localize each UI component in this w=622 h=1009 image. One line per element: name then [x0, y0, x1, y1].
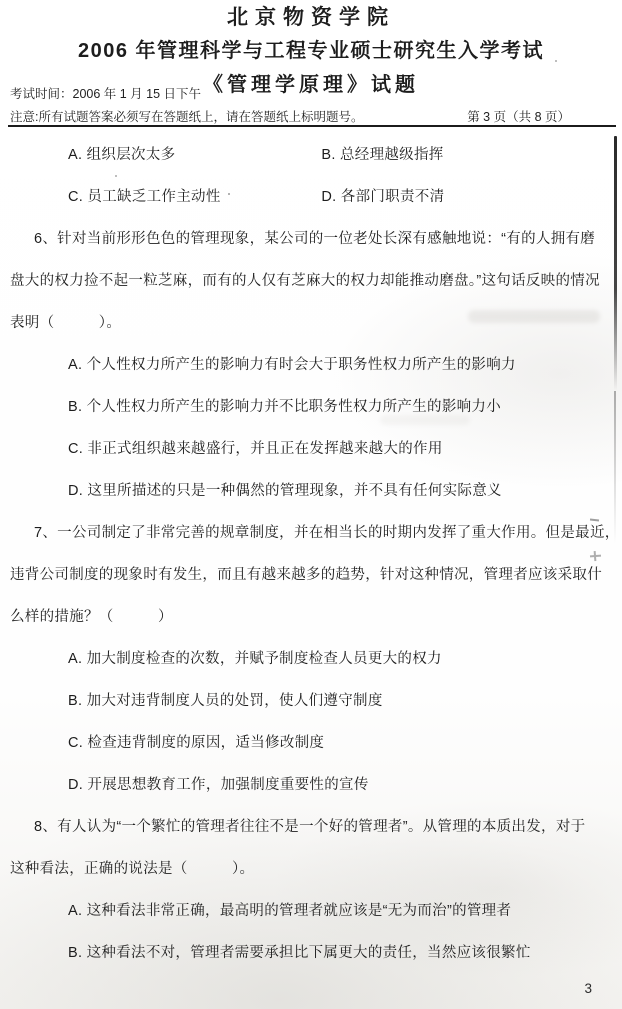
exam-time: 考试时间：2006 年 1 月 15 日下午 — [10, 84, 610, 102]
q5-options-row-cd: C. 员工缺乏工作主动性 D. 各部门职责不清 — [10, 185, 616, 227]
scan-edge-artifact — [614, 136, 617, 391]
q7-option-a: A. 加大制度检查的次数，并赋予制度检查人员更大的权力 — [10, 647, 616, 689]
q5-option-c: C. 员工缺乏工作主动性 — [68, 185, 317, 206]
q6-option-a: A. 个人性权力所产生的影响力有时会大于职务性权力所产生的影响力 — [10, 353, 616, 395]
exam-paper-page: 北京物资学院 2006 年管理科学与工程专业硕士研究生入学考试 《管理学原理》试… — [0, 0, 622, 1009]
question-8-line-1: 8、有人认为“一个繁忙的管理者往往不是一个好的管理者”。从管理的本质出发，对于 — [10, 815, 616, 857]
q6-option-b: B. 个人性权力所产生的影响力并不比职务性权力所产生的影响力小 — [10, 395, 616, 437]
scan-smudge — [468, 310, 600, 323]
scan-speck — [555, 60, 557, 62]
page-number: 3 — [584, 981, 592, 996]
scan-smudge — [380, 415, 470, 425]
scan-edge-artifact-faint — [614, 391, 616, 561]
question-6-line-1: 6、针对当前形形色色的管理现象，某公司的一位老处长深有感触地说：“有的人拥有磨 — [10, 227, 616, 269]
page-header: 北京物资学院 2006 年管理科学与工程专业硕士研究生入学考试 《管理学原理》试… — [0, 0, 622, 97]
q5-option-b: B. 总经理越级指挥 — [321, 147, 443, 163]
question-8-line-2: 这种看法，正确的说法是（ ）。 — [10, 857, 616, 899]
question-7-line-2: 违背公司制度的现象时有发生，而且有越来越多的趋势，针对这种情况，管理者应该采取什 — [10, 563, 616, 605]
exam-meta: 考试时间：2006 年 1 月 15 日下午 注意:所有试题答案必须写在答题纸上… — [10, 84, 610, 125]
q6-option-d: D. 这里所描述的只是一种偶然的管理现象，并不具有任何实际意义 — [10, 479, 616, 521]
scan-speck — [115, 175, 117, 177]
page-indicator: 第 3 页（共 8 页） — [467, 107, 610, 125]
header-divider-rule — [8, 125, 616, 127]
q5-option-d: D. 各部门职责不清 — [321, 189, 444, 205]
exam-title: 2006 年管理科学与工程专业硕士研究生入学考试 — [0, 34, 622, 63]
q5-options-row-ab: A. 组织层次太多 B. 总经理越级指挥 — [10, 143, 616, 185]
question-7-line-1: 7、一公司制定了非常完善的规章制度，并在相当长的时期内发挥了重大作用。但是最近， — [10, 521, 616, 563]
q8-option-b: B. 这种看法不对，管理者需要承担比下属更大的责任，当然应该很繁忙 — [10, 941, 616, 983]
q8-option-a: A. 这种看法非常正确，最高明的管理者就应该是“无为而治”的管理者 — [10, 899, 616, 941]
q5-option-a: A. 组织层次太多 — [68, 143, 317, 164]
question-6-line-2: 盘大的权力捡不起一粒芝麻，而有的人仅有芝麻大的权力却能推动磨盘。”这句话反映的情… — [10, 269, 616, 311]
q7-option-b: B. 加大对违背制度人员的处罚，使人们遵守制度 — [10, 689, 616, 731]
question-7-line-3: 么样的措施？（ ） — [10, 605, 616, 647]
question-area: A. 组织层次太多 B. 总经理越级指挥 C. 员工缺乏工作主动性 D. 各部门… — [10, 143, 616, 983]
q6-option-c: C. 非正式组织越来越盛行，并且正在发挥越来越大的作用 — [10, 437, 616, 479]
q7-option-c: C. 检查违背制度的原因，适当修改制度 — [10, 731, 616, 773]
scan-speck — [228, 193, 230, 195]
school-name: 北京物资学院 — [0, 1, 622, 31]
q7-option-d: D. 开展思想教育工作，加强制度重要性的宣传 — [10, 773, 616, 815]
exam-notice: 注意:所有试题答案必须写在答题纸上，请在答题纸上标明题号。 — [10, 107, 363, 125]
